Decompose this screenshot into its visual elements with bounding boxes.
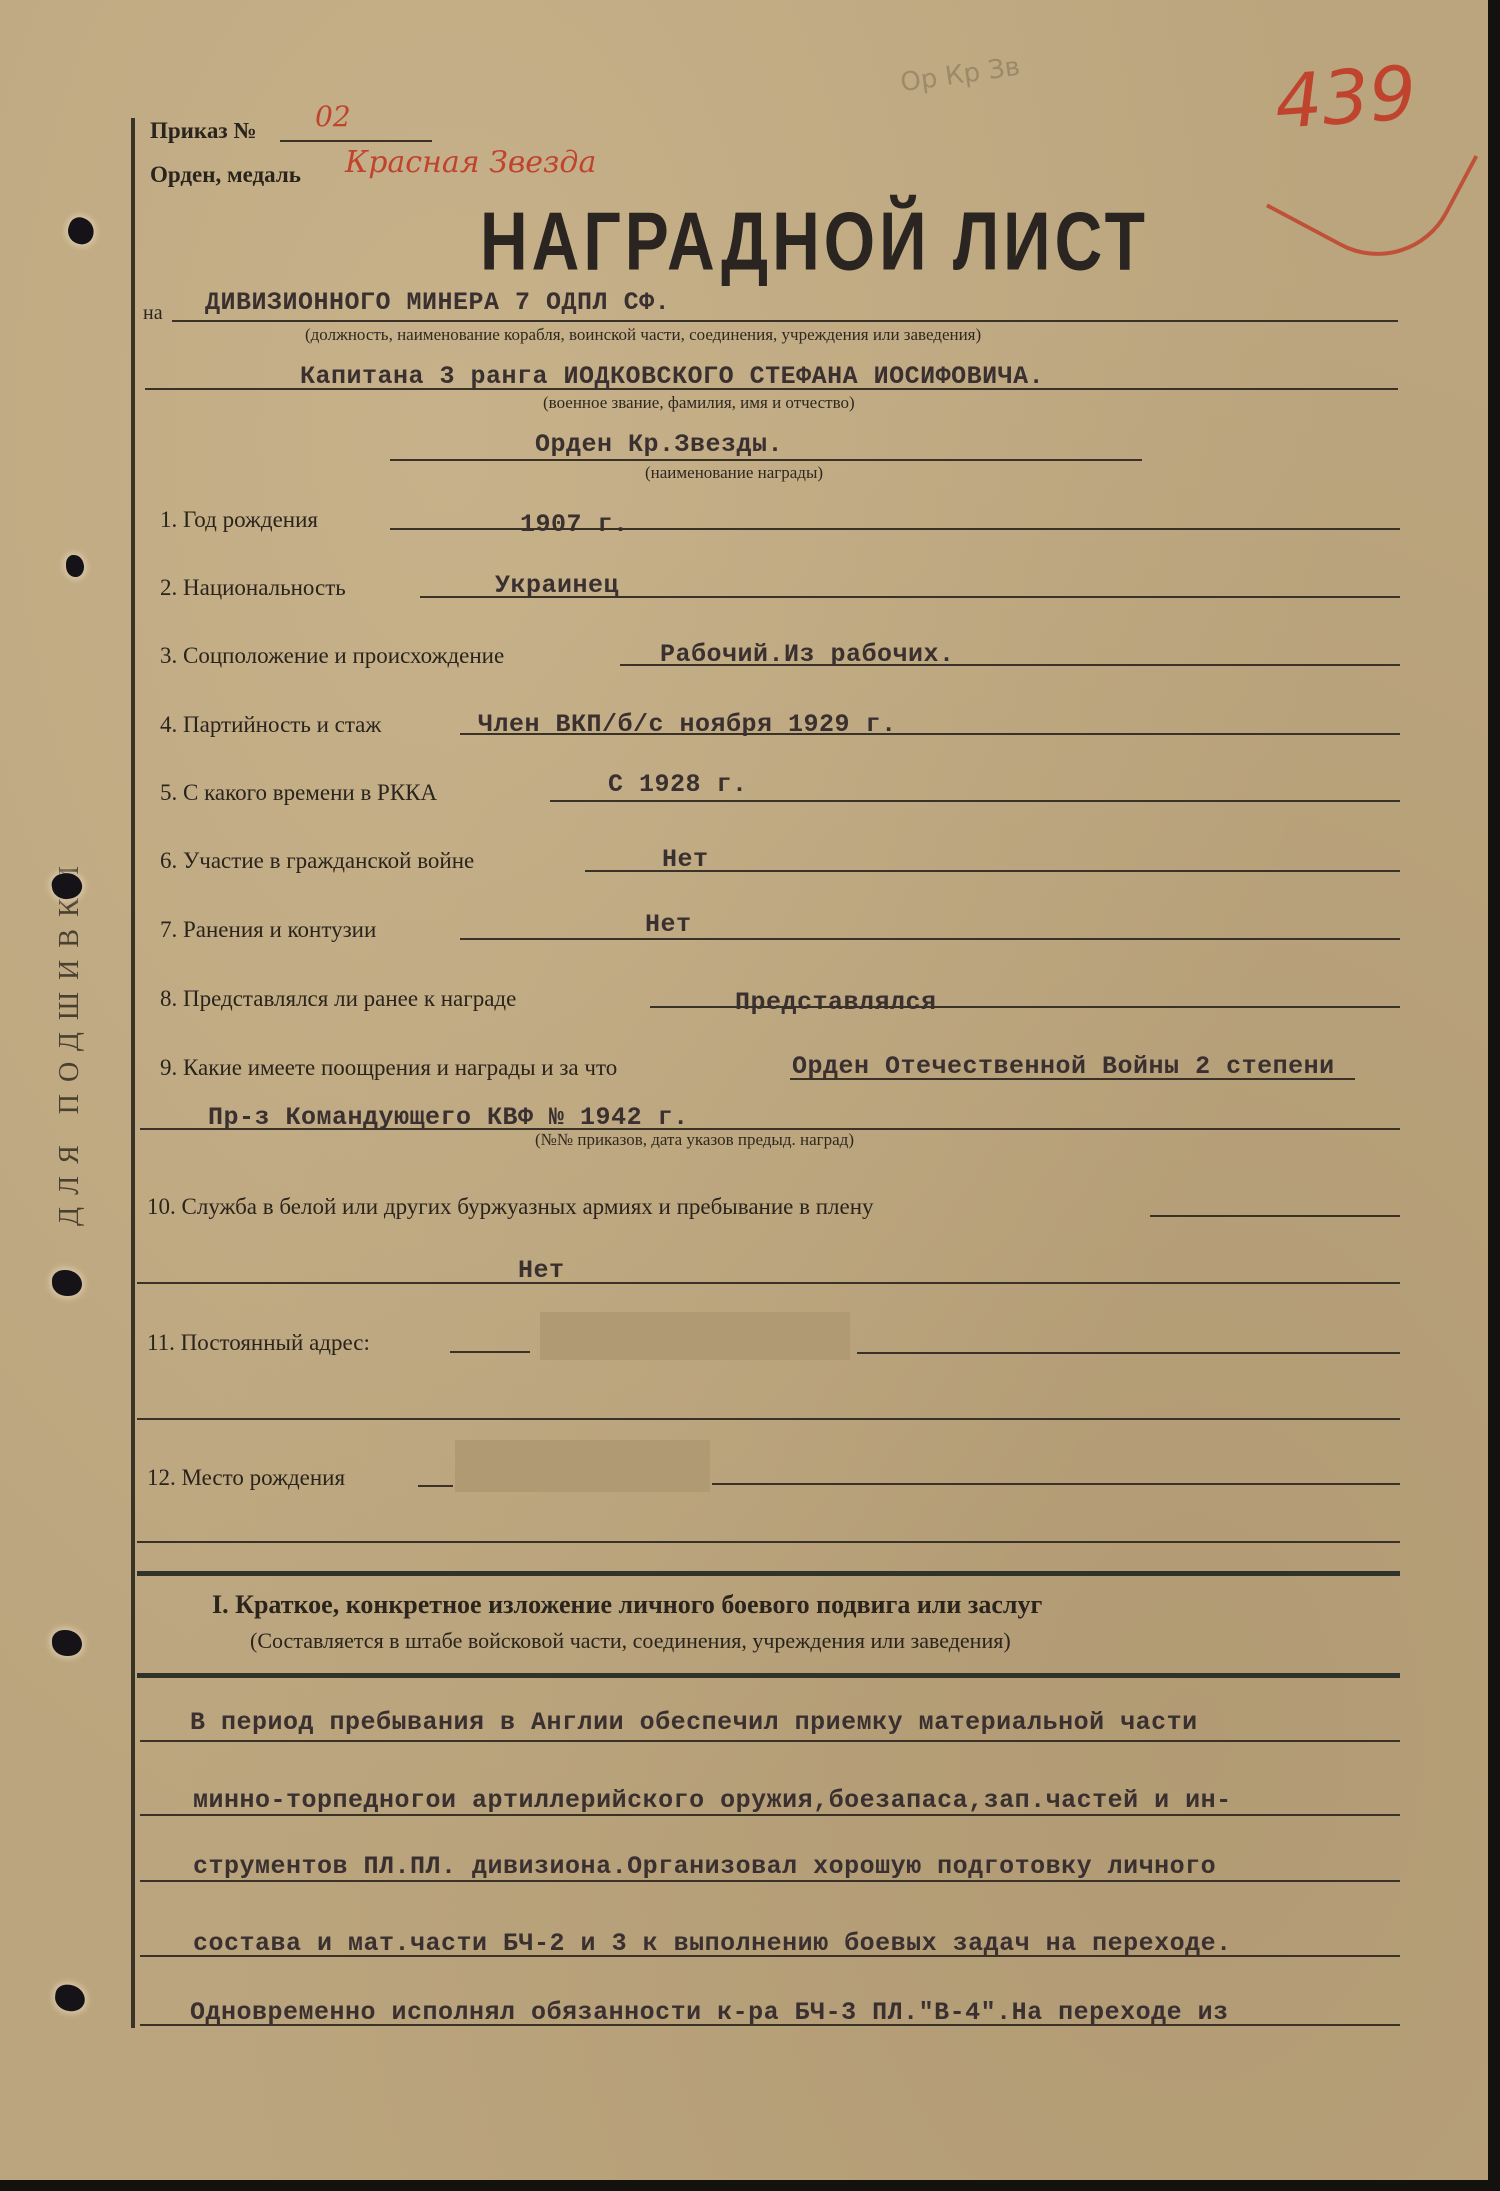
recipient-name: Капитана 3 ранга ИОДКОВСКОГО СТЕФАНА ИОС… bbox=[300, 362, 1044, 391]
field-1-value: 1907 г. bbox=[520, 510, 629, 539]
field-10-value: Нет bbox=[518, 1256, 565, 1285]
field-8-value: Представлялся bbox=[735, 988, 937, 1017]
order-label: Приказ № bbox=[150, 118, 256, 144]
redacted-birthplace bbox=[455, 1440, 710, 1492]
section-title: I. Краткое, конкретное изложение личного… bbox=[212, 1590, 1042, 1620]
field-12-line-b bbox=[712, 1483, 1400, 1485]
field-11-label: 11. Постоянный адрес: bbox=[147, 1330, 370, 1356]
punch-hole-icon bbox=[53, 1983, 86, 2013]
field-9-value-2: Пр-з Командующего КВФ № 1942 г. bbox=[208, 1103, 689, 1132]
field-7-value: Нет bbox=[645, 910, 692, 939]
field-10-line bbox=[1150, 1215, 1400, 1217]
field-5-line bbox=[550, 800, 1400, 802]
binding-label-text: ДЛЯ ПОДШИВКИ bbox=[54, 854, 86, 1226]
field-7-line bbox=[460, 938, 1400, 940]
narrative-rule bbox=[140, 2024, 1400, 2026]
field-9-label: 9. Какие имеете поощрения и награды и за… bbox=[160, 1055, 617, 1081]
section-subtitle: (Составляется в штабе войсковой части, с… bbox=[250, 1628, 1011, 1654]
field-10-label: 10. Служба в белой или других буржуазных… bbox=[147, 1194, 874, 1220]
field-9-value: Орден Отечественной Войны 2 степени bbox=[792, 1052, 1335, 1081]
field-11-line-2 bbox=[137, 1418, 1400, 1420]
narrative-rule bbox=[140, 1740, 1400, 1742]
punch-hole-icon bbox=[64, 214, 97, 247]
binding-margin-line bbox=[131, 118, 135, 2028]
narrative-line: струментов ПЛ.ПЛ. дивизиона.Организовал … bbox=[193, 1852, 1216, 1881]
award-name-caption: (наименование награды) bbox=[645, 463, 823, 483]
pencil-annotation: Ор Кр Зв bbox=[898, 52, 1021, 98]
field-8-label: 8. Представлялся ли ранее к награде bbox=[160, 986, 516, 1012]
punch-hole-icon bbox=[52, 1270, 82, 1296]
field-4-value: Член ВКП/б/с ноября 1929 г. bbox=[478, 710, 897, 739]
field-9-caption: (№№ приказов, дата указов предыд. наград… bbox=[535, 1130, 854, 1150]
field-11-line-b bbox=[857, 1352, 1400, 1354]
medal-label: Орден, медаль bbox=[150, 162, 301, 188]
section-divider-bottom bbox=[137, 1673, 1400, 1678]
field-5-value: С 1928 г. bbox=[608, 770, 748, 799]
award-name-line bbox=[390, 459, 1142, 461]
field-2-value: Украинец bbox=[495, 571, 619, 600]
redacted-address bbox=[540, 1312, 850, 1360]
narrative-line: состава и мат.части БЧ-2 и 3 к выполнени… bbox=[193, 1929, 1232, 1958]
document-title: НАГРАДНОЙ ЛИСТ bbox=[480, 193, 1149, 288]
field-12-line-a bbox=[418, 1485, 453, 1487]
award-sheet: ДЛЯ ПОДШИВКИ 439 Ор Кр Зв Приказ № 02 Ор… bbox=[0, 0, 1488, 2180]
field-1-label: 1. Год рождения bbox=[160, 507, 318, 533]
medal-value: Красная Звезда bbox=[345, 145, 596, 180]
scan-border-bottom bbox=[0, 2180, 1500, 2191]
field-6-label: 6. Участие в гражданской войне bbox=[160, 848, 474, 874]
order-underline bbox=[280, 140, 432, 142]
recipient-prefix: на bbox=[143, 302, 163, 325]
narrative-line: Одновременно исполнял обязанности к-ра Б… bbox=[190, 1998, 1229, 2027]
narrative-line: В период пребывания в Англии обеспечил п… bbox=[190, 1708, 1198, 1737]
field-3-label: 3. Соцположение и происхождение bbox=[160, 643, 504, 669]
recipient-position-caption: (должность, наименование корабля, воинск… bbox=[305, 325, 981, 345]
punch-hole-icon bbox=[66, 555, 84, 577]
field-12-line-2 bbox=[137, 1541, 1400, 1543]
narrative-rule bbox=[140, 1880, 1400, 1882]
field-11-line-a bbox=[450, 1351, 530, 1353]
recipient-position-line bbox=[172, 320, 1398, 322]
narrative-line: минно-торпедногои артиллерийского оружия… bbox=[193, 1786, 1232, 1815]
field-2-label: 2. Национальность bbox=[160, 575, 346, 601]
field-3-value: Рабочий.Из рабочих. bbox=[660, 640, 955, 669]
field-6-value: Нет bbox=[662, 845, 709, 874]
field-7-label: 7. Ранения и контузии bbox=[160, 917, 376, 943]
recipient-name-caption: (военное звание, фамилия, имя и отчество… bbox=[543, 393, 855, 413]
narrative-rule bbox=[140, 1814, 1400, 1816]
punch-hole-icon bbox=[52, 1630, 82, 1656]
narrative-rule bbox=[140, 1955, 1400, 1957]
field-12-label: 12. Место рождения bbox=[147, 1465, 345, 1491]
field-4-label: 4. Партийность и стаж bbox=[160, 712, 381, 738]
section-divider-top bbox=[137, 1571, 1400, 1576]
field-10-line-2 bbox=[137, 1282, 1400, 1284]
scan-border-right bbox=[1488, 0, 1500, 2191]
order-number: 02 bbox=[315, 100, 351, 133]
award-name: Орден Кр.Звезды. bbox=[535, 430, 783, 459]
recipient-position: ДИВИЗИОННОГО МИНЕРА 7 ОДПЛ СФ. bbox=[205, 288, 670, 317]
field-5-label: 5. С какого времени в РККА bbox=[160, 780, 437, 806]
